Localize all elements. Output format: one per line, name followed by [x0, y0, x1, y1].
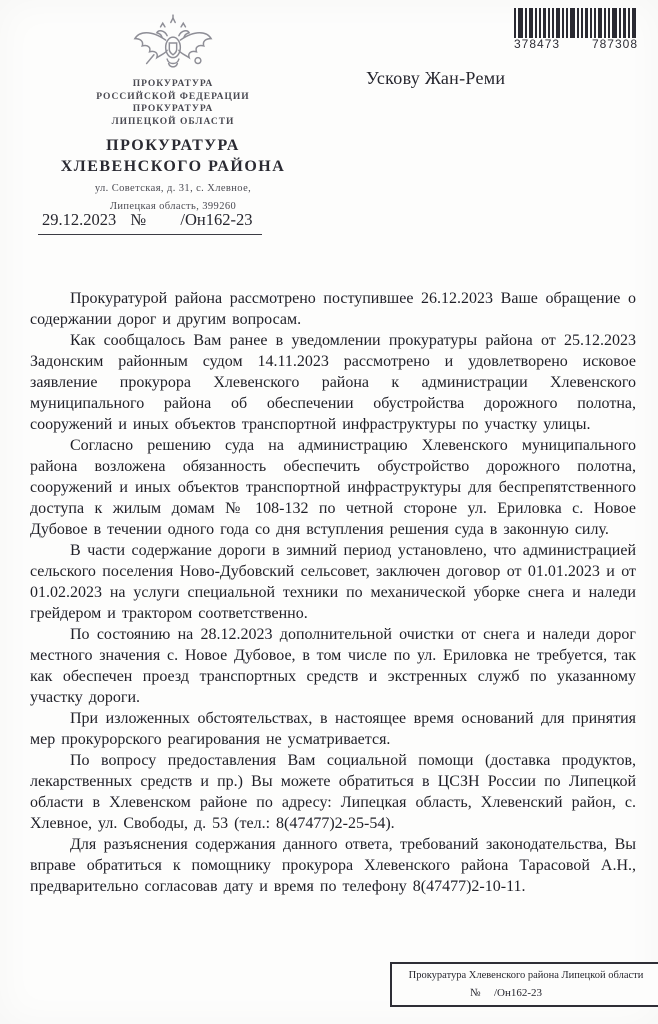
letterhead-line: ПРОКУРАТУРА [42, 78, 304, 91]
letterhead: ПРОКУРАТУРА РОССИЙСКОЙ ФЕДЕРАЦИИ ПРОКУРА… [42, 12, 304, 212]
paragraph: Согласно решению суда на администрацию Х… [30, 435, 636, 540]
paragraph: Как сообщалось Вам ранее в уведомлении п… [30, 330, 636, 435]
barcode-digits: 378473 787308 [500, 37, 644, 51]
letterhead-line: ЛИПЕЦКОЙ ОБЛАСТИ [42, 116, 304, 129]
org-address-line1: ул. Советская, д. 31, с. Хлевное, [42, 183, 304, 194]
paragraph: Прокуратурой района рассмотрено поступив… [30, 288, 636, 330]
document-page: ПРОКУРАТУРА РОССИЙСКОЙ ФЕДЕРАЦИИ ПРОКУРА… [0, 0, 658, 1024]
reference-number-value: /Он162-23 [180, 210, 252, 229]
letterhead-line: ПРОКУРАТУРА [42, 103, 304, 116]
org-name-line2: ХЛЕВЕНСКОГО РАЙОНА [42, 157, 304, 176]
paragraph: Для разъяснения содержания данного ответ… [30, 834, 636, 897]
letterhead-line: РОССИЙСКОЙ ФЕДЕРАЦИИ [42, 91, 304, 104]
stamp-org-name: Прокуратура Хлевенского района Липецкой … [398, 969, 654, 982]
coat-of-arms-icon [129, 12, 217, 74]
stamp-number-line: № /Он162-23 [398, 987, 654, 999]
reference-date: 29.12.2023 [42, 210, 116, 229]
stamp-number-value: /Он162-23 [494, 987, 542, 999]
barcode-left-digits: 378473 [514, 37, 560, 51]
org-name-line1: ПРОКУРАТУРА [42, 136, 304, 155]
paragraph: По состоянию на 28.12.2023 дополнительно… [30, 624, 636, 708]
paragraph: По вопросу предоставления Вам социальной… [30, 750, 636, 834]
letter-body: Прокуратурой района рассмотрено поступив… [30, 288, 636, 897]
stamp-number-sign: № [470, 987, 481, 999]
reference-number-sign: № [130, 210, 146, 229]
recipient-name: Ускову Жан-Реми [366, 68, 505, 89]
barcode-right-digits: 787308 [592, 37, 638, 51]
barcode: 378473 787308 [500, 8, 644, 51]
paragraph: В части содержание дороги в зимний перио… [30, 540, 636, 624]
barcode-bars-icon [500, 8, 644, 38]
reference-line: 29.12.2023 № /Он162-23 [38, 210, 262, 235]
registration-stamp: Прокуратура Хлевенского района Липецкой … [390, 962, 658, 1007]
paragraph: При изложенных обстоятельствах, в настоя… [30, 708, 636, 750]
